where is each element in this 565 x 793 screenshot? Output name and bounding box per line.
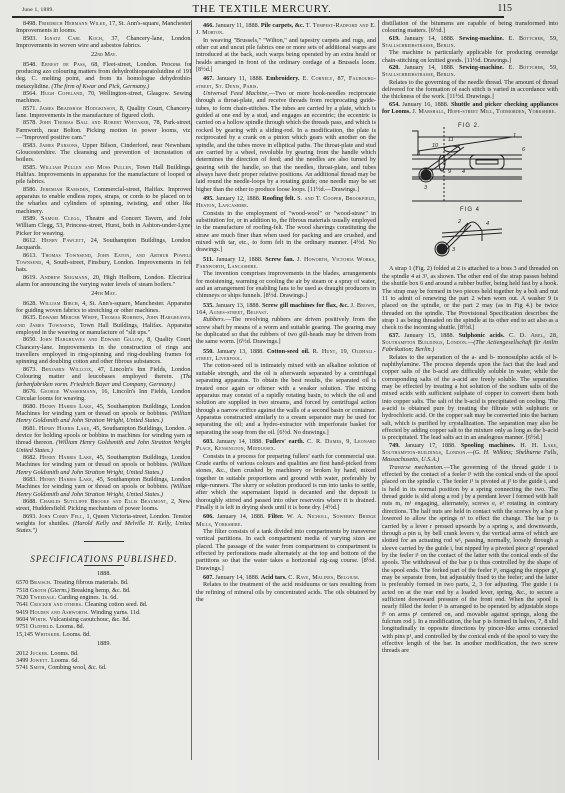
- abridgment-date: January 17, 1888.: [405, 442, 461, 449]
- patent-application-entry: 8548. Ernest de Pass, 68, Fleet-street, …: [16, 61, 192, 90]
- abridgment-text: Relates to the governing of the needle t…: [382, 79, 558, 101]
- application-number: 8589.: [23, 215, 41, 222]
- date-heading: 24th May.: [16, 290, 192, 297]
- patent-list-c: 8628. William Birch, 4, St. Ann's-square…: [16, 300, 192, 535]
- applicant-names: James Parsons,: [40, 142, 83, 149]
- specification-number: 9604: [16, 616, 30, 623]
- year-heading: 1888.: [16, 570, 192, 577]
- specification-subject: Looms.: [63, 631, 83, 638]
- abridgment-subject: Roofing felt.: [262, 195, 297, 202]
- abridgment-entry: 466. January 11, 1888. Pile carpets, &c.…: [196, 22, 376, 37]
- abridgment-number: 654.: [389, 101, 402, 108]
- application-number: 8578.: [23, 119, 39, 126]
- abridgment-number: 606.: [203, 513, 217, 520]
- specification-number: 6570: [16, 579, 30, 586]
- patent-application-entry: 8585. William Pullen and Moss Pullen, To…: [16, 164, 192, 186]
- abridgment-number: 495.: [203, 195, 216, 202]
- shuttle-check-diagram: [382, 119, 558, 259]
- patent-application-entry: 8586. Jeremiah Ramsden, Commercial-stree…: [16, 186, 192, 215]
- specification-note: (Gierm.): [48, 587, 71, 594]
- specification-subject: Vulcanising caoutchouc, &c.: [49, 616, 122, 623]
- specification-subject: Breaking hemp, &c.: [71, 587, 123, 594]
- abridgment-date: January 14, 1888.: [404, 64, 459, 71]
- specification-number: 15,145: [16, 631, 35, 638]
- abridgment-subject: Fullers' earth.: [266, 438, 307, 445]
- applicant-names: James Bradshaw Hodgkinson,: [39, 105, 119, 112]
- application-number: 8635.: [23, 314, 39, 321]
- applicant-names: Jeremiah Ramsden,: [40, 186, 93, 193]
- abridgment-date: January 16, 1888.: [402, 101, 451, 108]
- application-number: 8693.: [23, 513, 39, 520]
- specification-number: 3499: [16, 657, 30, 664]
- applicant-names: Hugh Copeland,: [40, 90, 87, 97]
- abridgment-subject: Screw fan.: [265, 256, 297, 263]
- inventor-name: Crocker and others.: [30, 601, 85, 608]
- abridgment-applicant: C. Rave, Malines, Belgium.: [288, 574, 359, 581]
- continued-text: distillation of the bitumens are capable…: [382, 20, 558, 35]
- specification-entry: 5741 Smith, Combing wool, &c. 6d.: [16, 664, 192, 671]
- specification-entry: 7641 Crocker and others. Cleaning cotton…: [16, 601, 192, 608]
- patent-application-entry: 8650. John Hargreaves and Edward Gillow,…: [16, 336, 192, 365]
- specification-subject: Cleaning cotton seed.: [85, 601, 140, 608]
- specification-entry: 2012 Jucker. Looms. 8d.: [16, 650, 192, 657]
- applicant-names: Ignatz Carl Koch,: [44, 35, 111, 42]
- patent-application-entry: 8613. Thomas Townsend, John Eaton, and A…: [16, 252, 192, 274]
- patent-application-entry: 8612. Henry Fawcett, 24, Southampton Bui…: [16, 237, 192, 252]
- figure-callout: 3: [452, 247, 455, 254]
- abridgment-entry: 535. January 13, 1888. Screw gill machin…: [196, 302, 376, 317]
- specifications-list-1888: 6570 Braisch. Treating fibrous materials…: [16, 579, 192, 638]
- abridgment-text: Consists in a process for preparing full…: [196, 453, 376, 511]
- patent-application-entry: 8571. James Bradshaw Hodgkinson, 8, Qual…: [16, 105, 192, 120]
- abridgment-text: —The governing of the thread guide i is …: [382, 464, 558, 655]
- abridgment-body: The machine is particularly applicable f…: [382, 49, 558, 64]
- specification-entry: 9751 Oldfield. Looms. 8d.: [16, 623, 192, 630]
- abridgment-number: 466.: [203, 22, 215, 29]
- abridgment-lead: Traverse mechanism.: [389, 464, 444, 471]
- specification-price: 8d.: [83, 631, 91, 638]
- abridgment-body: Relates to the treatment of the acid res…: [196, 581, 376, 603]
- abridgment-body: Traverse mechanism.—The governing of the…: [382, 464, 558, 655]
- specification-subject: Winding yarns.: [91, 609, 130, 616]
- abridgment-number: 467.: [203, 75, 217, 82]
- patent-application-entry: 8589. Samuel Clegg, Theatre and Concert …: [16, 215, 192, 237]
- abridgment-text: The invention comprises improvements in …: [196, 270, 376, 299]
- abridgment-entry: 607. January 14, 1888. Acid tars. C. Rav…: [196, 574, 376, 581]
- abridgment-entry: 550. January 13, 1888. Cotton-seed oil. …: [196, 348, 376, 363]
- abridgment-number: 550.: [203, 348, 217, 355]
- specification-subject: Combing wool, &c.: [48, 664, 99, 671]
- inventor-name: Oldfield.: [30, 623, 56, 630]
- inventor-name: Jucker.: [30, 650, 51, 657]
- abridgment-applicant: J. Marshall, Hope-street Mill, Todmorden…: [412, 108, 556, 115]
- abridgment-text: The cotton-seed oil is intimately mixed …: [196, 362, 376, 435]
- middle-column: 466. January 11, 1888. Pile carpets, &c.…: [196, 20, 376, 603]
- abridgment-body: Rubbers.—The revolving rubbers are drive…: [196, 316, 376, 345]
- abridgment-subject: Filter.: [268, 513, 287, 520]
- abridgment-date: January 12, 1888.: [216, 195, 263, 202]
- patent-application-entry: 8693. John Corry Fell, 1, Queen Victoria…: [16, 513, 192, 535]
- applicant-names: John Hargreaves and Edward Gillow,: [40, 336, 147, 343]
- abridgment-date: January 11, 1888.: [217, 75, 266, 82]
- abridgment-entry: 619. January 14, 1888. Sewing-machine. E…: [382, 35, 558, 50]
- applicant-names: Henry Harris Lake,: [40, 403, 97, 410]
- application-number: 8680.: [23, 403, 40, 410]
- applicant-names: William Birch,: [39, 300, 82, 307]
- abridgment-list: 466. January 11, 1888. Pile carpets, &c.…: [196, 22, 376, 603]
- specification-subject: Treating fibrous materials.: [54, 579, 121, 586]
- abridgment-number: 637.: [389, 332, 404, 339]
- patent-application-entry: 8578. John Thomas Ball and Robert Whitak…: [16, 119, 192, 141]
- year-heading: 1889.: [16, 640, 192, 647]
- applicant-names: John Thomas Ball and Robert Whitaker,: [39, 119, 153, 126]
- abridgment-date: January 14, 1888.: [217, 438, 266, 445]
- specification-entry: 7518 Groth (Gierm.) Breaking hemp, &c. 8…: [16, 587, 192, 594]
- specification-entry: 3499 Jowett. Looms. 6d.: [16, 657, 192, 664]
- abridgment-text: In weaving "Brussels," "Wilton," and tap…: [196, 37, 376, 73]
- abridgment-lead: Universal Feed Machine,: [203, 90, 269, 97]
- specification-subject: Looms.: [56, 623, 76, 630]
- specifications-list-1889: 2012 Jucker. Looms. 8d.3499 Jowett. Loom…: [16, 650, 192, 672]
- applicant-names: Henry Fawcett,: [42, 237, 91, 244]
- abridgment-subject: Spooling machines.: [461, 442, 520, 449]
- patent-application-entry: 8619. Andrew Seigmann, 20, High Holborn,…: [16, 274, 192, 289]
- application-number: 8619.: [23, 274, 40, 281]
- newspaper-page: June 1, 1889. THE TEXTILE MERCURY. 115 8…: [0, 0, 565, 793]
- abridgment-number: 607.: [203, 574, 215, 581]
- applicant-names: Andrew Seigmann,: [40, 274, 93, 281]
- abridgment-list-b: 637. January 15, 1888. Sulphonic acids. …: [382, 332, 558, 655]
- application-number: 8564.: [23, 90, 40, 97]
- patent-application-entry: 8682. Henry Harris Lake, 45, Southampton…: [16, 454, 192, 476]
- abridgment-body: Universal Feed Machine,—Two or more hook…: [196, 90, 376, 193]
- abridgment-text: —Two or more hook-needles reciprocate th…: [196, 90, 376, 192]
- abridgment-date: January 14, 1888.: [404, 35, 459, 42]
- inventor-name: Wirth.: [30, 616, 49, 623]
- specification-price: 8d.: [71, 650, 79, 657]
- patent-application-entry: 8683. Henry Harris Lake, 45, Southampton…: [16, 476, 192, 498]
- abridgment-body: Relates to the separation of the a- and …: [382, 354, 558, 442]
- patent-application-entry: 8503. Ignatz Carl Koch, 37, Chancery-lan…: [16, 35, 192, 50]
- specification-entry: 7620 Tweedale. Carding engines. 1s. 6d.: [16, 594, 192, 601]
- inventor-name: Jowett.: [30, 657, 51, 664]
- section-rule: [84, 565, 124, 566]
- specification-number: 7620: [16, 594, 30, 601]
- inventor-name: Braisch.: [30, 579, 54, 586]
- date-heading: 22nd May.: [16, 51, 192, 58]
- application-number: 8683.: [23, 476, 40, 483]
- right-column: distillation of the bitumens are capable…: [382, 20, 558, 655]
- application-number: 8583.: [23, 142, 40, 149]
- figure-callout: 6: [522, 147, 525, 154]
- abridgment-date: January 13, 1888.: [216, 302, 262, 309]
- applicant-names: Henry Harris Lake,: [40, 454, 97, 461]
- specification-price: 1s. 6d.: [102, 594, 118, 601]
- abridgment-date: January 14, 1888.: [215, 574, 261, 581]
- patent-list-b: 8548. Ernest de Pass, 68, Fleet-street, …: [16, 61, 192, 289]
- abridgment-number: 511.: [203, 256, 216, 263]
- specification-number: 7518: [16, 587, 30, 594]
- abridgment-body: Relates to the governing of the needle t…: [382, 79, 558, 101]
- specification-entry: 15,145 Whitaker. Looms. 8d.: [16, 631, 192, 638]
- specification-entry: 9419 Holden and Ashworth. Winding yarns.…: [16, 609, 192, 616]
- abridgment-date: January 15, 1888.: [404, 332, 458, 339]
- patent-application-entry: 8688. Charles Sutcliffe Brooke and Ellis…: [16, 498, 192, 513]
- abridgment-number: 749.: [389, 442, 405, 449]
- application-number: 8498.: [23, 20, 39, 27]
- abridgment-text: The machine is particularly applicable f…: [382, 49, 558, 63]
- specification-price: 8d.: [140, 601, 148, 608]
- applicant-names: Benjamin Willcox,: [41, 366, 97, 373]
- specification-subject: Carding engines.: [58, 594, 101, 601]
- applicant-names: Friedrich Hermann Wilke,: [39, 20, 109, 27]
- page-number: 115: [497, 3, 512, 14]
- specification-number: 2012: [16, 650, 30, 657]
- abridgment-number: 619.: [389, 35, 404, 42]
- figure-callout: 1: [513, 133, 516, 140]
- specification-number: 5741: [16, 664, 30, 671]
- application-number: 8586.: [23, 186, 40, 193]
- abridgment-subject: Sewing-machine.: [459, 35, 508, 42]
- abridgment-number: 535.: [203, 302, 216, 309]
- patent-application-entry: 8564. Hugh Copeland, 70, Wellington-stre…: [16, 90, 192, 105]
- specification-price: 8d.: [123, 587, 131, 594]
- abridgment-text: Relates to the separation of the a- and …: [382, 354, 558, 442]
- specification-price: 8d.: [121, 579, 129, 586]
- abridgment-entry: 495. January 12, 1888. Roofing felt. S. …: [196, 195, 376, 210]
- abridgment-subject: Sewing-machine.: [459, 64, 508, 71]
- column-divider: [378, 20, 379, 760]
- inventor-name: Smith,: [30, 664, 48, 671]
- abridgment-date: January 12, 1888.: [216, 256, 265, 263]
- figure-callout: 9: [448, 169, 451, 176]
- abridgment-entry: 654. January 16, 1888. Shuttle and picke…: [382, 101, 558, 116]
- abridgment-entry: 511. January 12, 1888. Screw fan. J. How…: [196, 256, 376, 271]
- patent-list-a: 8498. Friedrich Hermann Wilke, 17, St. A…: [16, 20, 192, 49]
- abridgment-body: The invention comprises improvements in …: [196, 270, 376, 299]
- application-number: 8585.: [23, 164, 40, 171]
- patent-application-entry: 8628. William Birch, 4, St. Ann's-square…: [16, 300, 192, 315]
- masthead-rule: [12, 16, 504, 18]
- patent-application-entry: 8673. Benjamin Willcox, 47, Lincoln's In…: [16, 366, 192, 388]
- applicant-names: Ernest de Pass,: [41, 61, 91, 68]
- specification-entry: 6570 Braisch. Treating fibrous materials…: [16, 579, 192, 586]
- patent-application-entry: 8676. George Wassermann, 16, Lincoln's I…: [16, 388, 192, 403]
- specification-price: 11d.: [130, 609, 141, 616]
- patent-application-entry: 8583. James Parsons, Upper Bilson, Cinde…: [16, 142, 192, 164]
- specification-subject: Looms.: [51, 650, 71, 657]
- abridgment-subject: Cotton-seed oil.: [267, 348, 313, 355]
- inventor-name: Whitaker.: [35, 631, 63, 638]
- abridgment-entry: 749. January 17, 1888. Spooling machines…: [382, 442, 558, 464]
- left-column: 8498. Friedrich Hermann Wilke, 17, St. A…: [16, 20, 192, 672]
- figure-callout: 2: [458, 219, 461, 226]
- figure-callout: 10: [432, 143, 438, 150]
- figure-callout: 3: [424, 185, 427, 192]
- abridgment-body: Consists in a process for preparing full…: [196, 453, 376, 512]
- application-number: 8650.: [23, 336, 40, 343]
- figure-callout: 4: [486, 221, 489, 228]
- applicant-names: William Pullen and Moss Pullen,: [40, 164, 136, 171]
- specifications-heading: SPECIFICATIONS PUBLISHED.: [16, 556, 192, 563]
- inventor-name: Holden and Ashworth.: [30, 609, 91, 616]
- abridgment-body: Consists in the employment of "wood-wool…: [196, 210, 376, 254]
- applicant-names: Samuel Clegg,: [41, 215, 86, 222]
- communicated-from: (The firm of Kwar and Pick, Germany.): [51, 83, 149, 90]
- inventor-name: Groth: [30, 587, 48, 594]
- application-number: 8681.: [23, 425, 39, 432]
- abridgment-entry: 620. January 14, 1888. Sewing-machine. E…: [382, 64, 558, 79]
- application-number: 8673.: [23, 366, 41, 373]
- applicant-names: Henry Harris Lake,: [39, 425, 93, 432]
- specification-price: 6d.: [99, 664, 107, 671]
- abridgment-date: January 13, 1888.: [217, 348, 267, 355]
- patent-application-entry: 8681. Henry Harris Lake, 45, Southampton…: [16, 425, 192, 454]
- figure-description: A strap 1 (Fig. 2) folded at 2 is attach…: [382, 265, 558, 331]
- applicant-names: Charles Sutcliffe Brooke and Ellis Beaum…: [40, 498, 171, 505]
- abridgment-date: January 14, 1888.: [217, 513, 268, 520]
- specification-number: 9419: [16, 609, 30, 616]
- abridgment-body: The cotton-seed oil is intimately mixed …: [196, 362, 376, 435]
- abridgment-body: The filter consists of a tank divided in…: [196, 528, 376, 572]
- abridgment-text: Relates to the treatment of the acid res…: [196, 581, 376, 603]
- abridgment-subject: Acid tars.: [261, 574, 288, 581]
- masthead: June 1, 1889. THE TEXTILE MERCURY. 115: [12, 3, 512, 15]
- abridgment-lead: Rubbers.: [203, 316, 225, 323]
- abridgment-entry: 603. January 14, 1888. Fullers' earth. C…: [196, 438, 376, 453]
- specification-entry: 9604 Wirth. Vulcanising caoutchouc, &c. …: [16, 616, 192, 623]
- abridgment-entry: 467. January 11, 1888. Embroidery. E. Co…: [196, 75, 376, 90]
- application-number: 8613.: [23, 252, 41, 259]
- abridgment-number: 620.: [389, 64, 404, 71]
- specification-price: 6d.: [71, 657, 79, 664]
- patent-application-entry: 8635. Edward Mercer Whipp, Thomas Robert…: [16, 314, 192, 336]
- application-number: 8571.: [23, 105, 39, 112]
- specification-number: 7641: [16, 601, 30, 608]
- abridgment-subject: Sulphonic acids.: [459, 332, 509, 339]
- patent-figure: FIG 2.: [382, 119, 558, 259]
- abridgment-list-a: 619. January 14, 1888. Sewing-machine. E…: [382, 35, 558, 116]
- application-number: 8628.: [23, 300, 39, 307]
- abridgment-number: 603.: [203, 438, 217, 445]
- applicant-names: George Wassermann,: [41, 388, 102, 395]
- applicant-names: Henry Harris Lake,: [40, 476, 97, 483]
- patent-application-entry: 8498. Friedrich Hermann Wilke, 17, St. A…: [16, 20, 192, 35]
- section-rule: [84, 541, 124, 542]
- abridgment-subject: Embroidery.: [266, 75, 302, 82]
- specification-price: 8d.: [76, 623, 84, 630]
- figure-4-label: FIG 4: [460, 207, 480, 214]
- abridgment-subject: Screw gill machines for flax, &c.: [262, 302, 351, 309]
- abridgment-entry: 606. January 14, 1888. Filter. W. A. Nic…: [196, 513, 376, 528]
- specification-price: 8d.: [122, 616, 130, 623]
- application-number: 8688.: [23, 498, 40, 505]
- application-number: 8548.: [23, 61, 41, 68]
- applicant-names: John Corry Fell,: [39, 513, 87, 520]
- specification-subject: Looms.: [51, 657, 71, 664]
- application-number: 8503.: [23, 35, 44, 42]
- figure-callout: 11: [448, 137, 454, 144]
- application-number: 8676.: [23, 388, 41, 395]
- figure-callout: 3: [417, 151, 420, 158]
- publication-title: THE TEXTILE MERCURY.: [12, 3, 512, 15]
- abridgment-text: Consists in the employment of "wood-wool…: [196, 210, 376, 254]
- inventor-name: Tweedale.: [30, 594, 58, 601]
- abridgment-entry: 637. January 15, 1888. Sulphonic acids. …: [382, 332, 558, 354]
- application-number: 8612.: [23, 237, 42, 244]
- figure-callout: 4: [462, 169, 465, 176]
- abridgment-date: January 11, 1888.: [215, 22, 260, 29]
- specification-number: 9751: [16, 623, 30, 630]
- application-number: 8682.: [23, 454, 40, 461]
- abridgment-subject: Pile carpets, &c.: [261, 22, 306, 29]
- abridgment-text: The filter consists of a tank divided in…: [196, 528, 376, 572]
- patent-application-entry: 8680. Henry Harris Lake, 45, Southampton…: [16, 403, 192, 425]
- abridgment-body: In weaving "Brussels," "Wilton," and tap…: [196, 37, 376, 74]
